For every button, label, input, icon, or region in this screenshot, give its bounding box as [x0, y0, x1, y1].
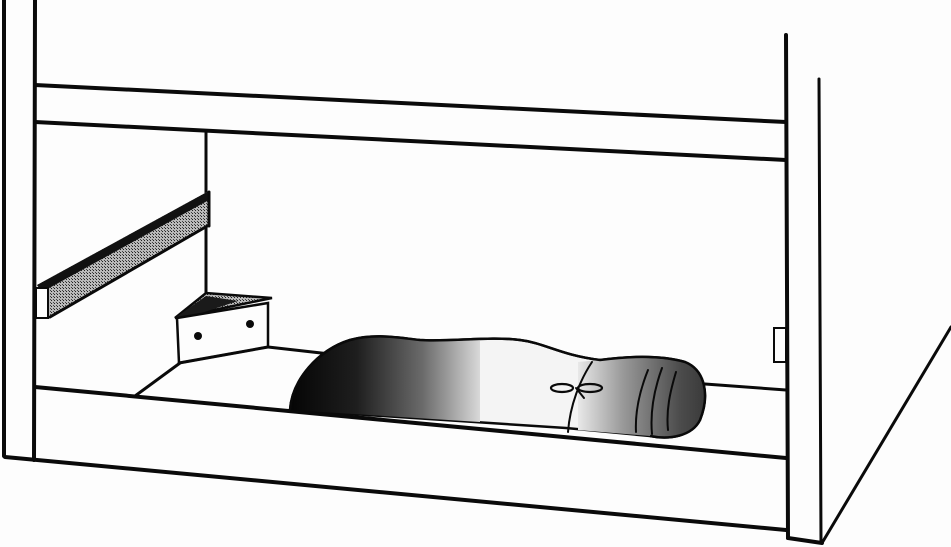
side-tab — [774, 328, 786, 362]
cabinet-frame — [4, 0, 951, 543]
hole-icon — [246, 320, 254, 328]
patent-drawing — [0, 0, 951, 547]
rolled-item — [290, 336, 705, 437]
wedge-block — [175, 293, 272, 363]
hole-icon — [194, 332, 202, 340]
upper-shelf-rail — [35, 85, 786, 160]
wall-bracket — [36, 192, 209, 318]
